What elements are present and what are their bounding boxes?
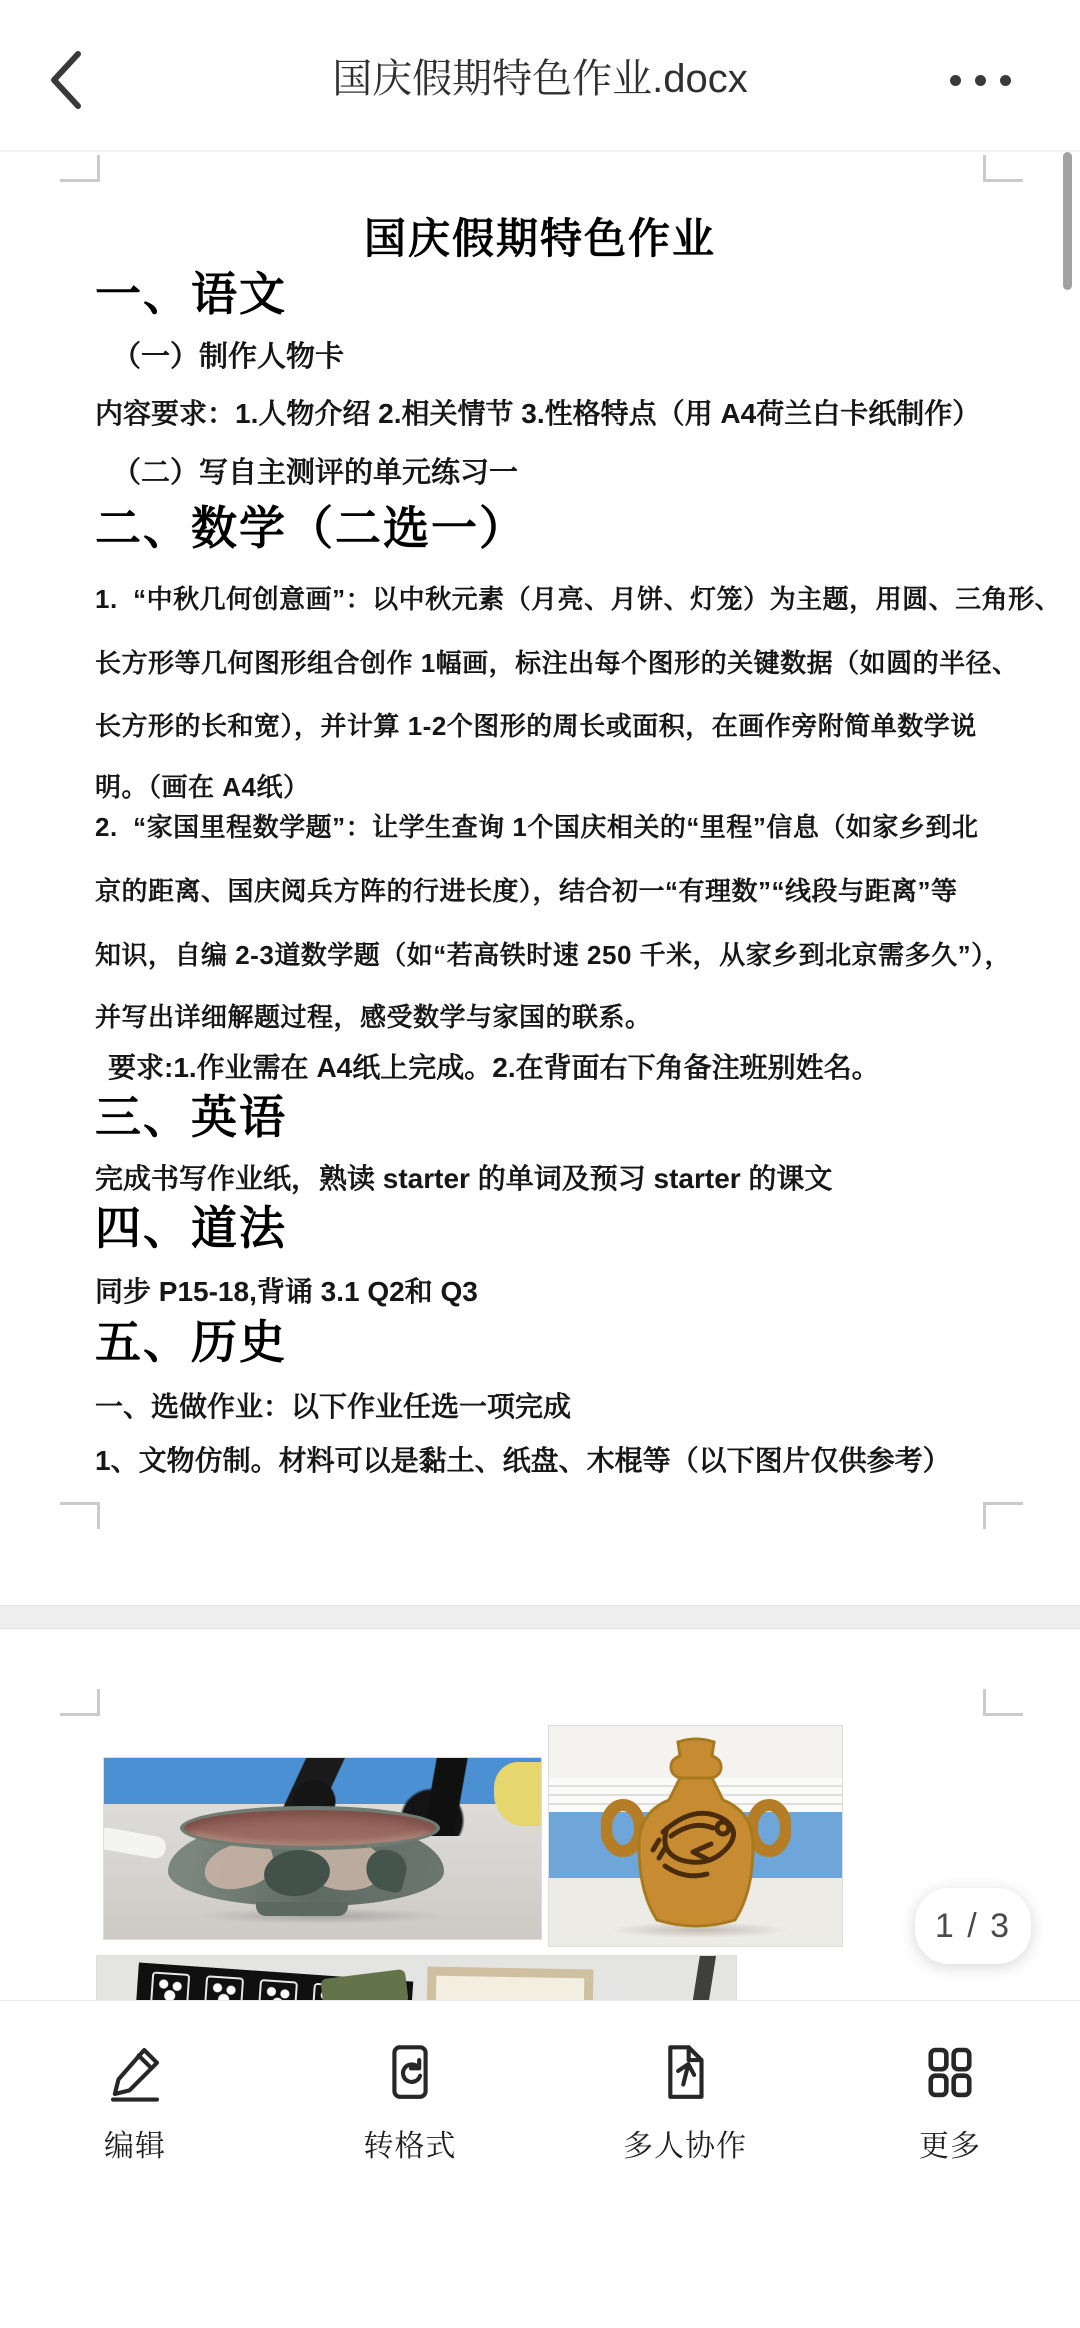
- ellipsis-icon: [950, 75, 961, 86]
- convert-format-label: 转格式: [364, 2121, 457, 2165]
- doc-line-7: 长方形等几何图形组合创作 1幅画，标注出每个图形的关键数据（如圆的半径、: [95, 643, 1019, 680]
- collaboration-icon: [652, 2039, 718, 2105]
- chevron-left-icon: [38, 46, 102, 114]
- bowl-rim: [180, 1806, 440, 1850]
- doc-h1-17: 四、道法: [95, 1192, 287, 1258]
- doc-body-bold-20: 一、选做作业：以下作业任选一项完成: [95, 1385, 571, 1425]
- more-button[interactable]: 更多: [865, 2039, 1035, 2165]
- convert-format-icon: [377, 2039, 443, 2105]
- doc-line-8: 长方形的长和宽），并计算 1-2个图形的周长或面积，在画作旁附简单数学说: [95, 706, 977, 743]
- doc-line-12: 知识，自编 2-3道数学题（如“若高铁时速 250 千米，从家乡到北京需多久”）…: [95, 935, 1011, 972]
- more-menu-button[interactable]: [932, 52, 1028, 108]
- doc-body-21: 1、文物仿制。材料可以是黏土、纸盘、木棍等（以下图片仅供参考）: [95, 1439, 951, 1479]
- scrollbar-thumb[interactable]: [1063, 152, 1072, 290]
- top-bar: 国庆假期特色作业.docx: [0, 0, 1080, 152]
- doc-sub-2: （一）制作人物卡: [112, 334, 344, 375]
- doc-line-11: 京的距离、国庆阅兵方阵的行进长度），结合初一“有理数”“线段与距离”等: [95, 871, 958, 908]
- document-title: 国庆假期特色作业.docx: [140, 0, 940, 150]
- pottery-vase-photo: [548, 1725, 843, 1947]
- doc-line-9: 明。（画在 A4纸）: [95, 767, 309, 804]
- app-screen: 国庆假期特色作业.docx 国庆假期特色作业一、语文（一）制作人物卡内容要求：1…: [0, 0, 1080, 2328]
- back-button[interactable]: [38, 46, 102, 114]
- doc-line-6: 1. “中秋几何创意画”：以中秋元素（月亮、月饼、灯笼）为主题，用圆、三角形、: [95, 579, 1061, 616]
- doc-line-10: 2. “家国里程数学题”：让学生查询 1个国庆相关的“里程”信息（如家乡到北: [95, 807, 978, 844]
- pottery-bowl-photo: [103, 1757, 542, 1940]
- doc-h1-15: 三、英语: [95, 1081, 287, 1147]
- page-separator: [0, 1605, 1080, 1629]
- edit-button[interactable]: 编辑: [50, 2039, 220, 2165]
- more-grid-icon: [917, 2039, 983, 2105]
- doc-h1-19: 五、历史: [95, 1306, 287, 1372]
- doc-title-0: 国庆假期特色作业: [0, 206, 1080, 266]
- bowl-foot: [256, 1902, 348, 1916]
- doc-h1-5: 二、数学（二选一）: [95, 492, 527, 558]
- bottom-toolbar: 编辑 转格式 多人协作: [0, 2000, 1080, 2328]
- doc-body-16: 完成书写作业纸，熟读 starter 的单词及预习 starter 的课文: [95, 1157, 832, 1197]
- doc-body-3: 内容要求：1.人物介绍 2.相关情节 3.性格特点（用 A4荷兰白卡纸制作）: [95, 392, 980, 432]
- collaboration-label: 多人协作: [623, 2121, 747, 2165]
- convert-format-button[interactable]: 转格式: [325, 2039, 495, 2165]
- doc-line-13: 并写出详细解题过程，感受数学与家国的联系。: [95, 997, 652, 1034]
- edit-label: 编辑: [104, 2121, 166, 2165]
- doc-body-14: 要求:1.作业需在 A4纸上完成。2.在背面右下角备注班别姓名。: [108, 1046, 880, 1086]
- document-view[interactable]: 国庆假期特色作业一、语文（一）制作人物卡内容要求：1.人物介绍 2.相关情节 3…: [0, 152, 1080, 2000]
- doc-body-18: 同步 P15-18,背诵 3.1 Q2和 Q3: [95, 1270, 478, 1310]
- more-label: 更多: [919, 2121, 981, 2165]
- page-indicator: 1 / 3: [915, 1888, 1031, 1964]
- doc-h1-1: 一、语文: [95, 258, 287, 324]
- collaboration-button[interactable]: 多人协作: [600, 2039, 770, 2165]
- vase-illustration: [601, 1736, 791, 1936]
- page-1-content: 国庆假期特色作业一、语文（一）制作人物卡内容要求：1.人物介绍 2.相关情节 3…: [0, 0, 1080, 2000]
- pencil-icon: [102, 2039, 168, 2105]
- doc-sub-4: （二）写自主测评的单元练习一: [112, 450, 518, 491]
